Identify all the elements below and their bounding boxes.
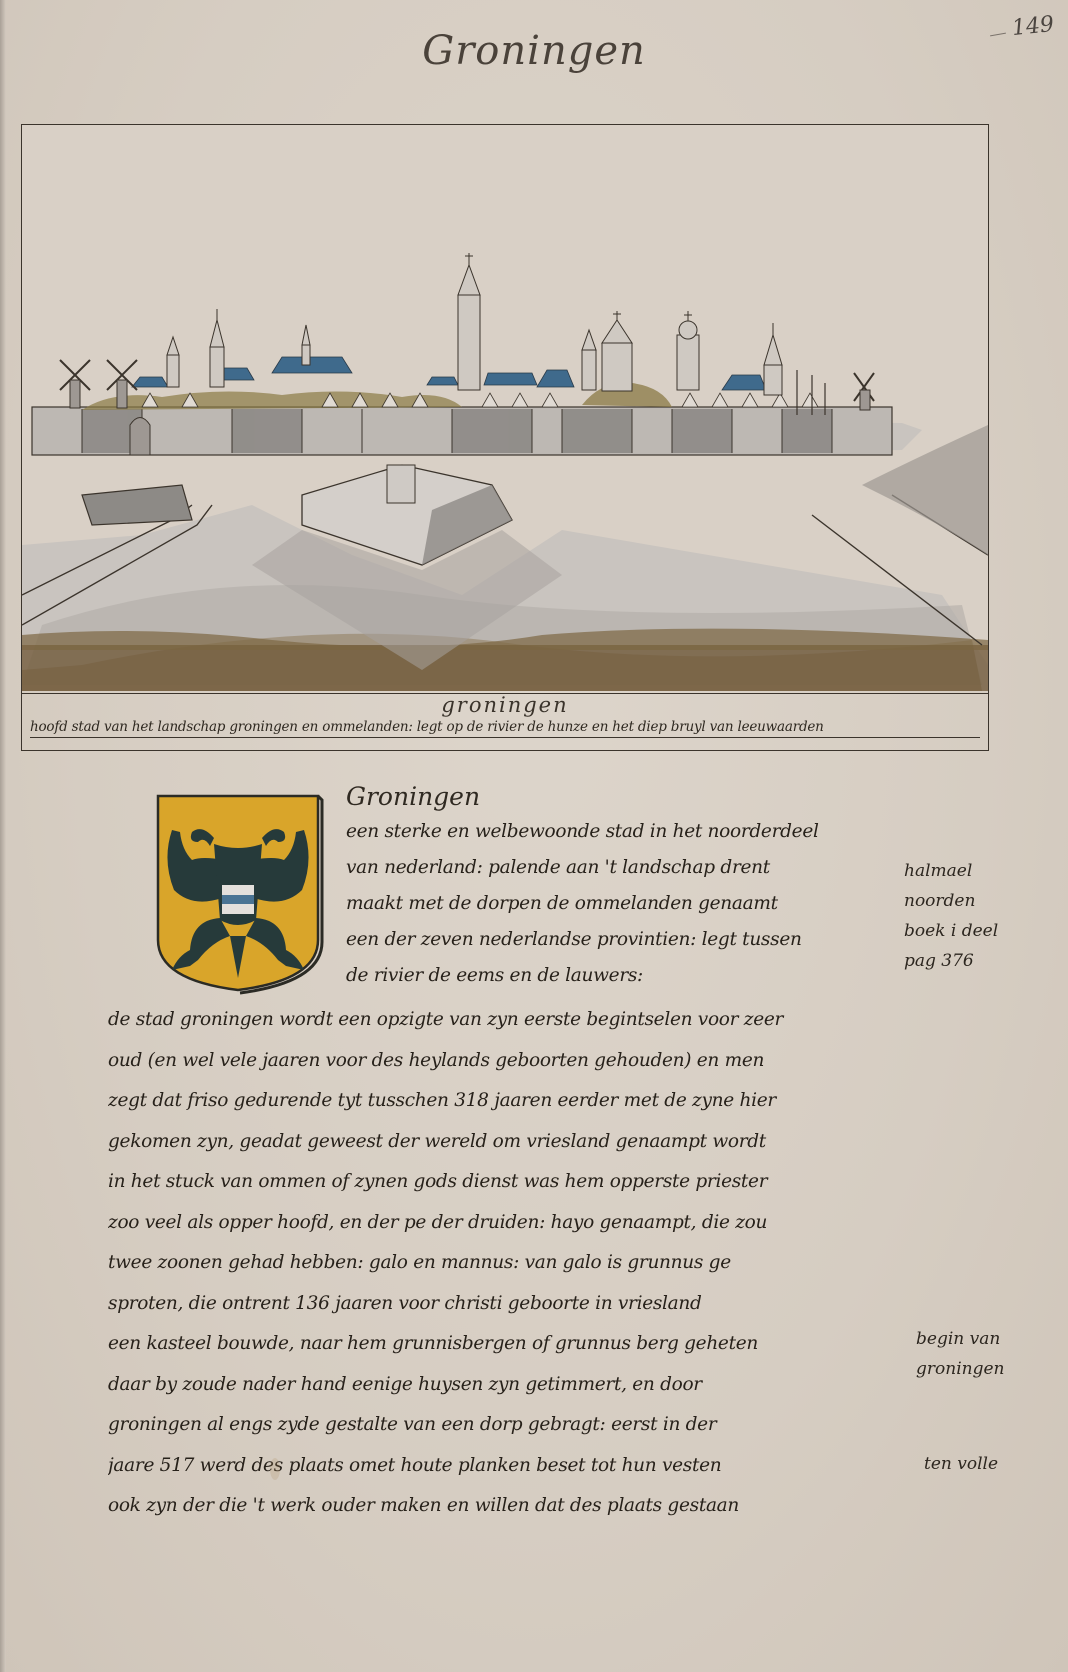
margin-note-line: noorden [904,886,998,916]
plate-caption-text: hoofd stad van het landschap groningen e… [30,719,980,738]
intro-line: van nederland: palende aan 't landschap … [346,850,886,886]
body-line: gekomen zyn, geadat geweest der wereld o… [108,1122,898,1163]
page-edge-shadow [0,0,6,1672]
manuscript-page: 149 Groningen [0,0,1068,1672]
margin-note-line: begin van [916,1324,1004,1354]
coat-of-arms-groningen [152,790,326,995]
body-line: ook zyn der die 't werk ouder maken en w… [108,1486,898,1527]
margin-note-line: pag 376 [904,946,998,976]
intro-line: een der zeven nederlandse provintien: le… [346,922,886,958]
intro-line: de rivier de eems en de lauwers: [346,958,886,994]
margin-note-origin: begin van groningen [916,1324,1004,1384]
body-line: in het stuck van ommen of zynen gods die… [108,1162,898,1203]
paper-stain [270,1458,280,1480]
groningen-city-view-illustration [22,125,988,691]
body-line: zegt dat friso gedurende tyt tusschen 31… [108,1081,898,1122]
margin-note-line: boek i deel [904,916,998,946]
body-line: twee zoonen gehad hebben: galo en mannus… [108,1243,898,1284]
body-line: jaare 517 werd des plaats omet houte pla… [108,1446,898,1487]
plate-caption-title: groningen [22,693,988,717]
city-view-plate: groningen hoofd stad van het landschap g… [21,124,989,751]
body-line: daar by zoude nader hand eenige huysen z… [108,1365,898,1406]
margin-note-reference: halmael noorden boek i deel pag 376 [904,856,998,976]
margin-note-line: ten volle [924,1449,998,1479]
body-line: sproten, die ontrent 136 jaaren voor chr… [108,1284,898,1325]
body-line: een kasteel bouwde, naar hem grunnisberg… [108,1324,898,1365]
body-line: de stad groningen wordt een opzigte van … [108,1000,898,1041]
margin-note-line: groningen [916,1354,1004,1384]
body-line: zoo veel als opper hoofd, en der pe der … [108,1203,898,1244]
entry-intro: een sterke en welbewoonde stad in het no… [346,814,886,994]
margin-note-catchword: ten volle [924,1449,998,1479]
body-line: groningen al engs zyde gestalte van een … [108,1405,898,1446]
entry-body: de stad groningen wordt een opzigte van … [108,1000,898,1527]
margin-note-line: halmael [904,856,998,886]
intro-line: maakt met de dorpen de ommelanden genaam… [346,886,886,922]
intro-line: een sterke en welbewoonde stad in het no… [346,814,886,850]
page-title: Groningen [0,28,1068,74]
body-line: oud (en wel vele jaaren voor des heyland… [108,1041,898,1082]
entry-heading: Groningen [346,782,480,811]
